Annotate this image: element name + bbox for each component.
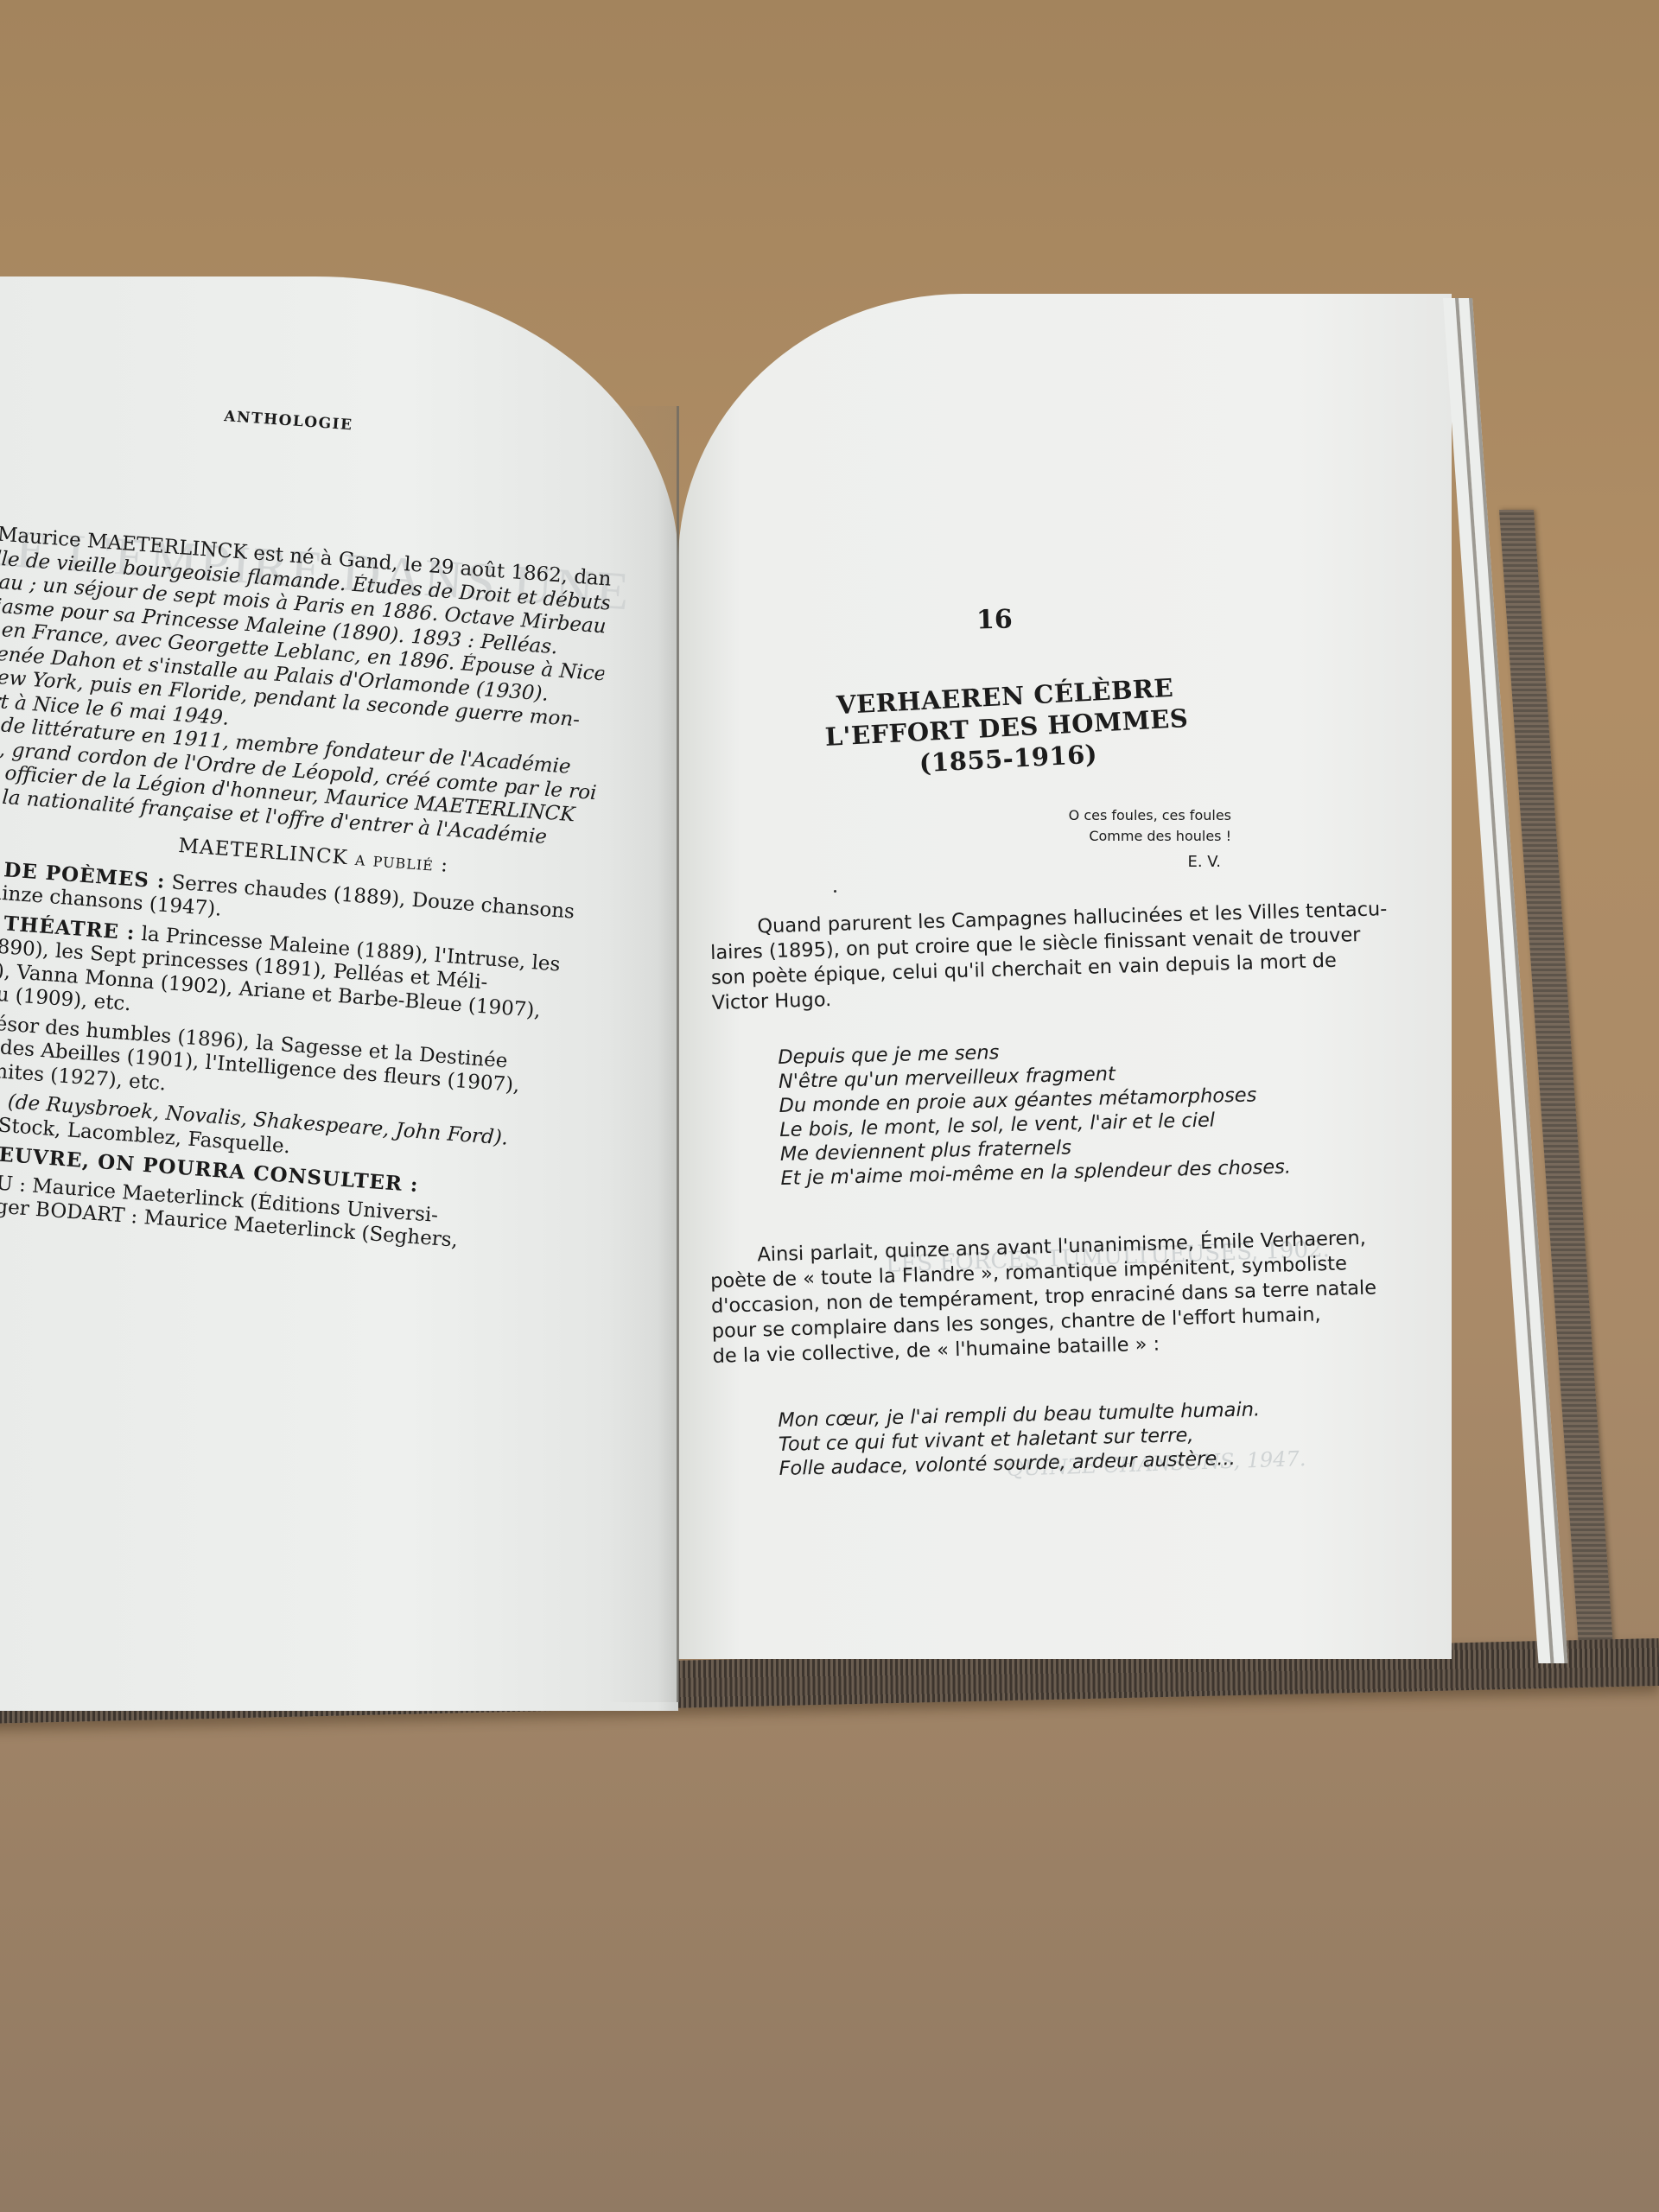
book-gutter [677,406,679,1702]
verse-block-1: Depuis que je me sens N'être qu'un merve… [778,1034,1291,1191]
chapter-number: 16 [976,604,1014,635]
page-edges [1443,298,1590,1663]
body-paragraph: Ainsi parlait, quinze ans avant l'unanim… [709,1225,1395,1370]
ink-speck [834,890,836,893]
intro-paragraph: Quand parurent les Campagnes hallucinées… [709,897,1395,1016]
left-page: LE L'EMPIRE DANS UNE ANTHOLOGIE Maurice … [0,276,678,1711]
right-page: LES FORCES TUMULTUEUSES, 1902. QUINZE CH… [678,294,1452,1659]
epigraph-signature: E. V. [1069,852,1221,873]
left-page-body: Maurice MAETERLINCK est né à Gand, le 29… [0,523,612,1261]
epigraph-line: Comme des houles ! [1069,826,1231,847]
epigraph-line: O ces foules, ces foules [1069,805,1231,826]
verse-block-2: Mon cœur, je l'ai rempli du beau tumulte… [778,1397,1262,1481]
gutter-shadow [605,406,678,1702]
running-head: ANTHOLOGIE [224,408,353,434]
photo-scene: LE L'EMPIRE DANS UNE ANTHOLOGIE Maurice … [0,0,1659,2212]
epigraph: O ces foules, ces foules Comme des houle… [1069,805,1231,873]
chapter-title: VERHAEREN CÉLÈBRE L'EFFORT DES HOMMES (1… [780,669,1234,785]
